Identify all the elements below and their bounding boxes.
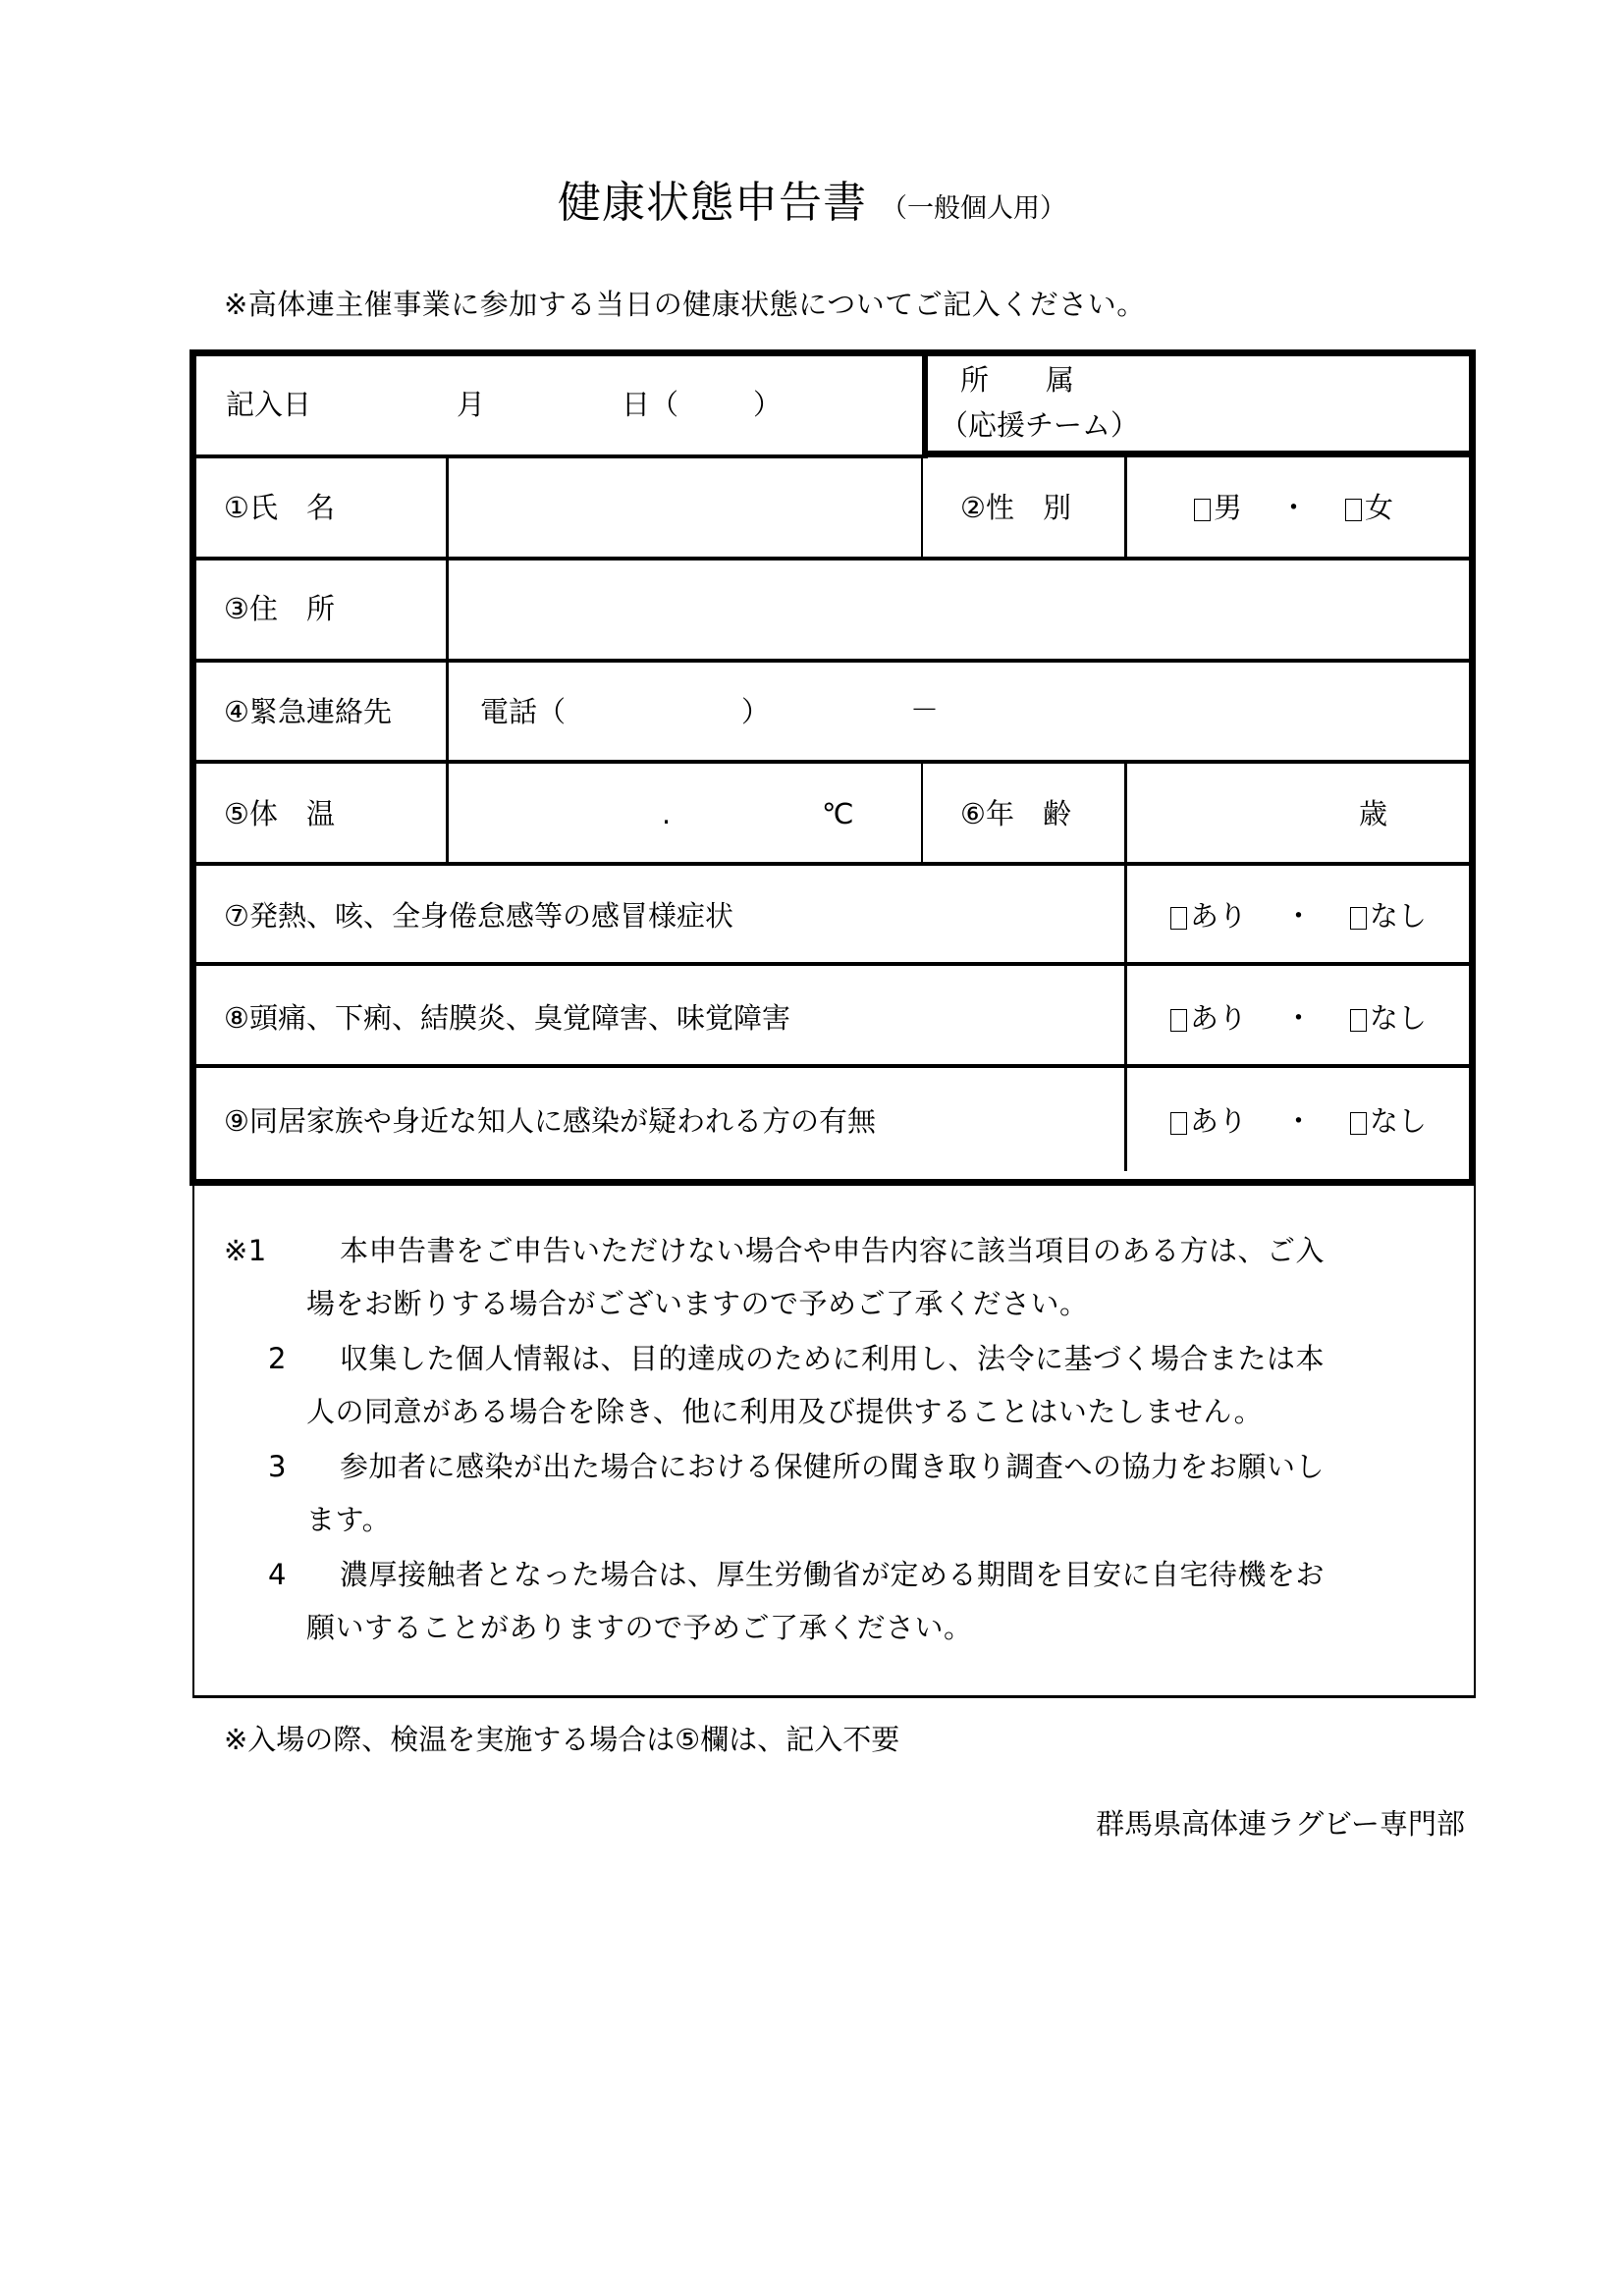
- symptom-7-yes-option[interactable]: あり: [1170, 902, 1247, 931]
- symptom-7-options: あり ・ なし: [1170, 902, 1427, 931]
- symptom-9-yes-option[interactable]: あり: [1170, 1107, 1247, 1136]
- health-declaration-form: 記入日 月 日（ ） 所 属 （応援チーム） ①氏 名 ②性 別 男 ・ 女 ③…: [189, 349, 1476, 1186]
- checkbox-no[interactable]: [1350, 1112, 1367, 1135]
- symptom-9-options: あり ・ なし: [1170, 1107, 1427, 1136]
- age-input[interactable]: 歳: [1127, 764, 1469, 862]
- symptom-7-no-option[interactable]: なし: [1350, 902, 1427, 931]
- notes-box: ※1 本申告書をご申告いただけない場合や申告内容に該当項目のある方は、ご入 場を…: [192, 1186, 1476, 1698]
- note-3-marker: 3: [268, 1453, 287, 1481]
- checkbox-no[interactable]: [1350, 907, 1367, 930]
- gender-female-option[interactable]: 女: [1345, 494, 1393, 522]
- checkbox-female[interactable]: [1345, 499, 1362, 521]
- separator: ・: [1279, 494, 1308, 522]
- symptom-8-yes-option[interactable]: あり: [1170, 1004, 1247, 1033]
- note-2-line2: 人の同意がある場合を除き、他に利用及び提供することはいたしません。: [306, 1398, 1263, 1426]
- address-label: ③住 所: [224, 595, 335, 623]
- day-label: 日（: [622, 391, 678, 419]
- affiliation-field[interactable]: 所 属 （応援チーム）: [928, 356, 1469, 451]
- temperature-input[interactable]: . ℃: [449, 764, 921, 862]
- gender-options: 男 ・ 女: [1194, 494, 1393, 522]
- divider: [1124, 457, 1127, 558]
- symptom-9-no-option[interactable]: なし: [1350, 1107, 1427, 1136]
- divider: [196, 962, 1469, 966]
- note-3-line1: 参加者に感染が出た場合における保健所の聞き取り調査への協力をお願いし: [340, 1453, 1325, 1481]
- symptom-8-label: ⑧頭痛、下痢、結膜炎、臭覚障害、味覚障害: [224, 1004, 790, 1033]
- affiliation-sublabel: （応援チーム）: [940, 411, 1139, 440]
- checkbox-yes[interactable]: [1170, 1009, 1187, 1032]
- symptom-8-options: あり ・ なし: [1170, 1004, 1427, 1033]
- entry-date-label: 記入日: [226, 391, 311, 419]
- age-unit: 歳: [1359, 800, 1387, 828]
- gender-label: ②性 別: [960, 494, 1071, 522]
- divider: [921, 457, 923, 558]
- separator: ・: [1284, 1107, 1313, 1136]
- temperature-decimal: .: [662, 800, 671, 828]
- checkbox-male[interactable]: [1194, 499, 1211, 521]
- phone-dash: －: [910, 696, 939, 724]
- name-label: ①氏 名: [224, 494, 335, 522]
- note-1-marker: ※1: [224, 1237, 267, 1265]
- note-4-line2: 願いすることがありますので予めご了承ください。: [306, 1614, 973, 1642]
- affiliation-label: 所 属: [960, 366, 1074, 395]
- divider: [196, 1064, 1469, 1068]
- title-main: 健康状態申告書: [558, 178, 867, 228]
- note-4-line1: 濃厚接触者となった場合は、厚生労働省が定める期間を目安に自宅待機をお: [340, 1561, 1325, 1589]
- temperature-label: ⑤体 温: [224, 800, 335, 828]
- note-3-line2: ます。: [306, 1506, 391, 1534]
- divider: [922, 451, 1469, 457]
- phone-close: ）: [741, 698, 770, 726]
- entry-date-field[interactable]: 記入日 月 日（ ）: [196, 356, 922, 454]
- organization-name: 群馬県高体連ラグビー専門部: [1096, 1802, 1465, 1842]
- month-label: 月: [457, 391, 485, 419]
- note-1-line1: 本申告書をご申告いただけない場合や申告内容に該当項目のある方は、ご入: [340, 1237, 1325, 1265]
- page-title: 健康状態申告書（一般個人用）: [0, 167, 1624, 230]
- note-2-line1: 収集した個人情報は、目的達成のために利用し、法令に基づく場合または本: [340, 1345, 1325, 1373]
- phone-label: 電話（: [480, 698, 566, 726]
- symptom-8-no-option[interactable]: なし: [1350, 1004, 1427, 1033]
- title-subtitle: （一般個人用）: [881, 193, 1066, 224]
- footnote: ※入場の際、検温を実施する場合は⑤欄は、記入不要: [224, 1718, 899, 1758]
- name-input[interactable]: [449, 457, 921, 557]
- separator: ・: [1284, 902, 1313, 931]
- checkbox-yes[interactable]: [1170, 1112, 1187, 1135]
- divider: [196, 862, 1469, 866]
- emergency-phone-input[interactable]: 電話（ ） －: [449, 663, 1469, 760]
- divider: [921, 764, 923, 862]
- emergency-contact-label: ④緊急連絡先: [224, 698, 392, 726]
- separator: ・: [1284, 1004, 1313, 1033]
- checkbox-yes[interactable]: [1170, 907, 1187, 930]
- symptom-7-label: ⑦発熱、咳、全身倦怠感等の感冒様症状: [224, 902, 733, 931]
- checkbox-no[interactable]: [1350, 1009, 1367, 1032]
- age-label: ⑥年 齢: [960, 800, 1071, 828]
- temperature-unit: ℃: [822, 800, 854, 828]
- weekday-close: ）: [753, 391, 782, 419]
- note-4-marker: 4: [268, 1561, 287, 1589]
- gender-male-option[interactable]: 男: [1194, 494, 1242, 522]
- address-input[interactable]: [449, 561, 1469, 659]
- symptom-9-label: ⑨同居家族や身近な知人に感染が疑われる方の有無: [224, 1107, 876, 1136]
- intro-text: ※高体連主催事業に参加する当日の健康状態についてご記入ください。: [224, 283, 1146, 323]
- note-2-marker: 2: [268, 1345, 287, 1373]
- note-1-line2: 場をお断りする場合がございますので予めご了承ください。: [306, 1290, 1089, 1318]
